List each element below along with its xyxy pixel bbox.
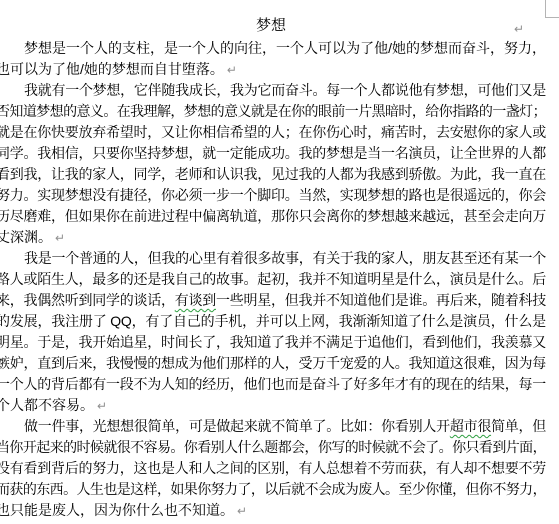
text-line: 否知道梦想的意义。在我理解，梦想的意义就是在你的眼前一片黑暗时，给你指路的一盏灯… [0, 101, 546, 122]
text-line: 路人或陌生人，最多的还是我自己的故事。起初，我并不知道明星是什么，演员是什么。后 [0, 269, 546, 290]
text-line: 同学。我相信，只要你坚持梦想，就一定能成功。我的梦想是当一名演员，让全世界的人都 [0, 143, 546, 164]
text-line: 也只能是废人，因为你什么也不知道。↵ [0, 500, 546, 521]
text-boundary-corner-mark [545, 17, 559, 18]
paragraph-mark: ↵ [55, 228, 65, 249]
text-line: 丈深渊。↵ [0, 227, 546, 248]
paragraph-mark: ↵ [97, 396, 107, 417]
paragraph-mark: ↵ [227, 60, 237, 81]
text-line: 看到我，让我的家人，同学，老师和认识我，见过我的人都为我感到骄傲。为此，我一直在 [0, 164, 546, 185]
text-line: 就是在你快要放弃希望时，又让你相信希望的人；在你伤心时，痛苦时，去安慰你的家人或 [0, 122, 546, 143]
document-title: 梦想 [256, 17, 286, 34]
text-line: 没有看到背后的努力，这也是人和人之间的区别，有人总想着不劳而获，有人却不想要不劳 [0, 458, 546, 479]
document-page: 梦想 ↵ 梦想是一个人的支柱，是一个人的向往，一个人可以为了他/她的梦想而奋斗，… [0, 0, 559, 524]
spellcheck-underline: 有谈到 [175, 292, 216, 308]
text-line: 一个人的背后都有一段不为人知的经历，他们也而是奋斗了好多年才有的现在的结果，每一 [0, 374, 546, 395]
text-line: 当你开起来的时候就很不容易。你看别人什么题都会，你写的时候就不会了。你只看到片面… [0, 437, 546, 458]
text-line: 而获的东西。人生也是这样，如果你努力了，以后就不会成为废人。至少你懂，但你不努力… [0, 479, 546, 500]
text-fragment: 来，我偶然听到同学的谈话， [0, 292, 175, 308]
text-fragment: 简单，但 [491, 418, 546, 434]
text-fragment: 做一件事，光想想很简单，可是做起来就不简单了。比如：你看别人开 [24, 418, 450, 434]
text-line: 梦想是一个人的支柱，是一个人的向往，一个人可以为了他/她的梦想而奋斗，努力， [0, 38, 546, 59]
text-fragment: 一些明星，但我并不知道他们是谁。再后来，随着科技 [216, 292, 546, 308]
paragraph-mark: ↵ [237, 501, 247, 522]
text-line: 明星。于是，我开始追星，时间长了，我知道了我并不满足于追他们，看到他们，我羡慕又 [0, 332, 546, 353]
text-line: 来，我偶然听到同学的谈话，有谈到一些明星，但我并不知道他们是谁。再后来，随着科技 [0, 290, 546, 311]
text-line: 的发展，我注册了 QQ，有了自己的手机，并可以上网，我渐渐知道了什么是演员，什么… [0, 311, 546, 332]
text-line: 我是一个普通的人，但我的心里有着很多故事，有关于我的家人，朋友甚至还有某一个 [0, 248, 546, 269]
document-body: 梦想是一个人的支柱，是一个人的向往，一个人可以为了他/她的梦想而奋斗，努力， 也… [0, 38, 546, 521]
text-line: 个人都不容易。↵ [0, 395, 546, 416]
text-line: 嫉妒，直到后来，我慢慢的想成为他们那样的人，受万千宠爱的人。我知道这很难，因为每 [0, 353, 546, 374]
spellcheck-underline: 超市很 [450, 418, 491, 434]
text-line: 努力。实现梦想没有捷径，你必须一步一个脚印。当然，实现梦想的路也是很遥远的，你会 [0, 185, 546, 206]
text-line: 历尽磨难，但如果你在前进过程中偏离轨道，那你只会离你的梦想越来越远，甚至会走向万 [0, 206, 546, 227]
text-line: 也可以为了他/她的梦想而自甘堕落。↵ [0, 59, 546, 80]
text-line: 做一件事，光想想很简单，可是做起来就不简单了。比如：你看别人开超市很简单，但 [0, 416, 546, 437]
document-title-line: 梦想 ↵ [0, 14, 546, 38]
text-line: 我就有一个梦想，它伴随我成长，我为它而奋斗。每一个人都说他有梦想，可他们又是 [0, 80, 546, 101]
